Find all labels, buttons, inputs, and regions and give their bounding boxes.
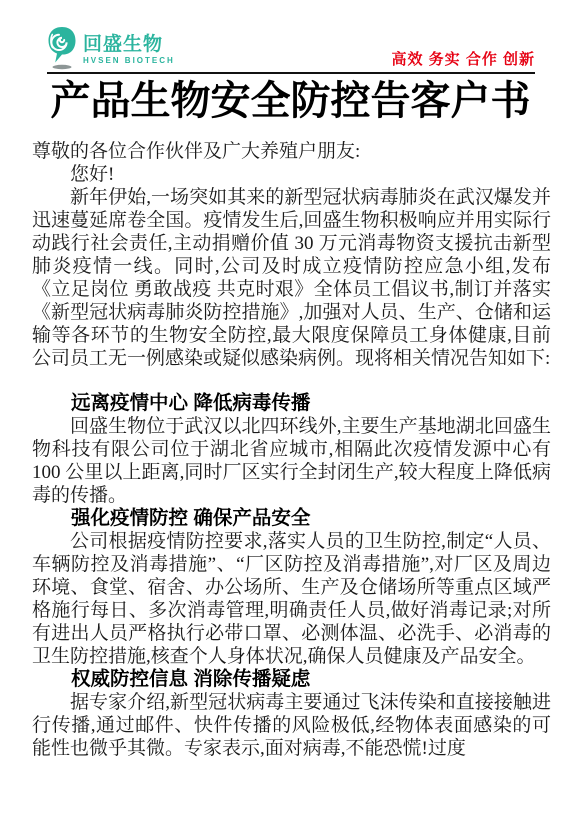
- salutation: 尊敬的各位合作伙伴及广大养殖户朋友:: [32, 140, 551, 163]
- brand-name-english: HVSEN BIOTECH: [83, 56, 175, 65]
- greeting: 您好!: [32, 163, 551, 186]
- document-body: 尊敬的各位合作伙伴及广大养殖户朋友: 您好! 新年伊始,一场突如其来的新型冠状病…: [32, 140, 551, 760]
- company-slogan: 高效 务实 合作 创新: [391, 48, 535, 70]
- section-authoritative-info: 权威防控信息 消除传播疑虑 据专家介绍,新型冠状病毒主要通过飞沫传染和直接接触进…: [32, 668, 551, 760]
- section-paragraph: 回盛生物位于武汉以北四环线外,主要生产基地湖北回盛生物科技有限公司位于湖北省应城…: [32, 415, 551, 507]
- section-heading: 强化疫情防控 确保产品安全: [32, 507, 551, 530]
- spiral-snail-logo-icon: [47, 26, 77, 70]
- section-far-from-epicenter: 远离疫情中心 降低病毒传播 回盛生物位于武汉以北四环线外,主要生产基地湖北回盛生…: [32, 392, 551, 507]
- document-page: 回盛生物 HVSEN BIOTECH 高效 务实 合作 创新 产品生物安全防控告…: [0, 0, 581, 831]
- brand-name-chinese: 回盛生物: [83, 35, 175, 55]
- section-heading: 远离疫情中心 降低病毒传播: [32, 392, 551, 415]
- document-title: 产品生物安全防控告客户书: [0, 78, 581, 124]
- intro-paragraph: 新年伊始,一场突如其来的新型冠状病毒肺炎在武汉爆发并迅速蔓延席卷全国。疫情发生后…: [32, 186, 551, 370]
- company-logo: 回盛生物 HVSEN BIOTECH: [47, 27, 175, 70]
- section-gap: [32, 370, 551, 392]
- letterhead: 回盛生物 HVSEN BIOTECH 高效 务实 合作 创新: [47, 28, 535, 74]
- section-strengthen-prevention: 强化疫情防控 确保产品安全 公司根据疫情防控要求,落实人员的卫生防控,制定“人员…: [32, 507, 551, 668]
- logo-text: 回盛生物 HVSEN BIOTECH: [83, 35, 175, 65]
- section-heading: 权威防控信息 消除传播疑虑: [32, 668, 551, 691]
- section-paragraph: 据专家介绍,新型冠状病毒主要通过飞沫传染和直接接触进行传播,通过邮件、快件传播的…: [32, 691, 551, 760]
- section-paragraph: 公司根据疫情防控要求,落实人员的卫生防控,制定“人员、车辆防控及消毒措施”、“厂…: [32, 530, 551, 668]
